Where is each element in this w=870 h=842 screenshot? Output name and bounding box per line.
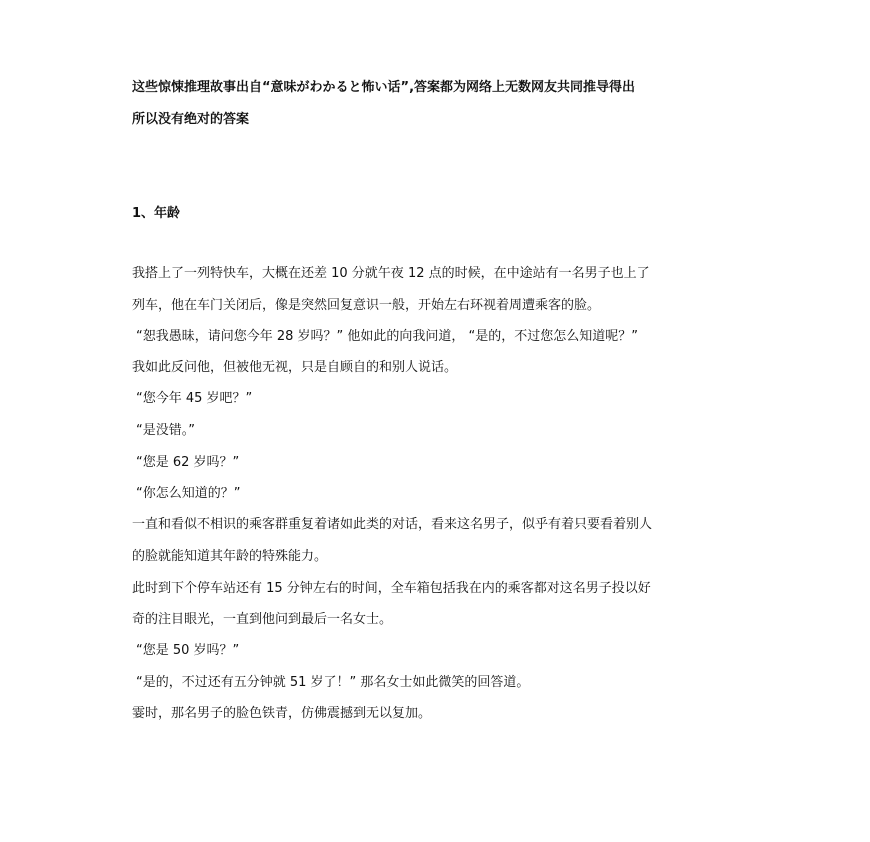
paragraph-line: 此时到下个停车站还有 15 分钟左右的时间，全车箱包括我在内的乘客都对这名男子投… — [132, 581, 651, 597]
dialogue-line: “您今年 45 岁吧？” — [136, 391, 252, 407]
paragraph-line: 列车，他在车门关闭后，像是突然回复意识一般，开始左右环视着周遭乘客的脸。 — [132, 298, 600, 314]
paragraph-line: 我搭上了一列特快车，大概在还差 10 分就午夜 12 点的时候，在中途站有一名男… — [132, 266, 650, 282]
paragraph-line: 霎时，那名男子的脸色铁青，仿佛震撼到无以复加。 — [132, 706, 431, 722]
paragraph-line: 奇的注目眼光，一直到他问到最后一名女士。 — [132, 612, 392, 628]
intro-line-2: 所以没有绝对的答案 — [132, 112, 249, 128]
intro-line-1: 这些惊悚推理故事出自“意味がわかると怖い话”,答案都为网络上无数网友共同推导得出 — [132, 80, 635, 96]
paragraph-line: 的脸就能知道其年龄的特殊能力。 — [132, 549, 327, 565]
dialogue-line: “是的，不过还有五分钟就 51 岁了！” 那名女士如此微笑的回答道。 — [136, 675, 529, 691]
dialogue-line: “你怎么知道的？” — [136, 486, 240, 502]
paragraph-line: 我如此反问他，但被他无视，只是自顾自的和别人说话。 — [132, 360, 457, 376]
document-page: 这些惊悚推理故事出自“意味がわかると怖い话”,答案都为网络上无数网友共同推导得出… — [0, 0, 870, 842]
section-heading: 1、年龄 — [132, 206, 180, 222]
paragraph-line: 一直和看似不相识的乘客群重复着诸如此类的对话，看来这名男子，似乎有着只要看着别人 — [132, 517, 652, 533]
dialogue-line: “您是 62 岁吗？” — [136, 455, 239, 471]
dialogue-line: “是没错。” — [136, 423, 195, 439]
dialogue-line: “恕我愚昧，请问您今年 28 岁吗？” 他如此的向我问道， “是的，不过您怎么知… — [136, 329, 638, 345]
dialogue-line: “您是 50 岁吗？” — [136, 643, 239, 659]
